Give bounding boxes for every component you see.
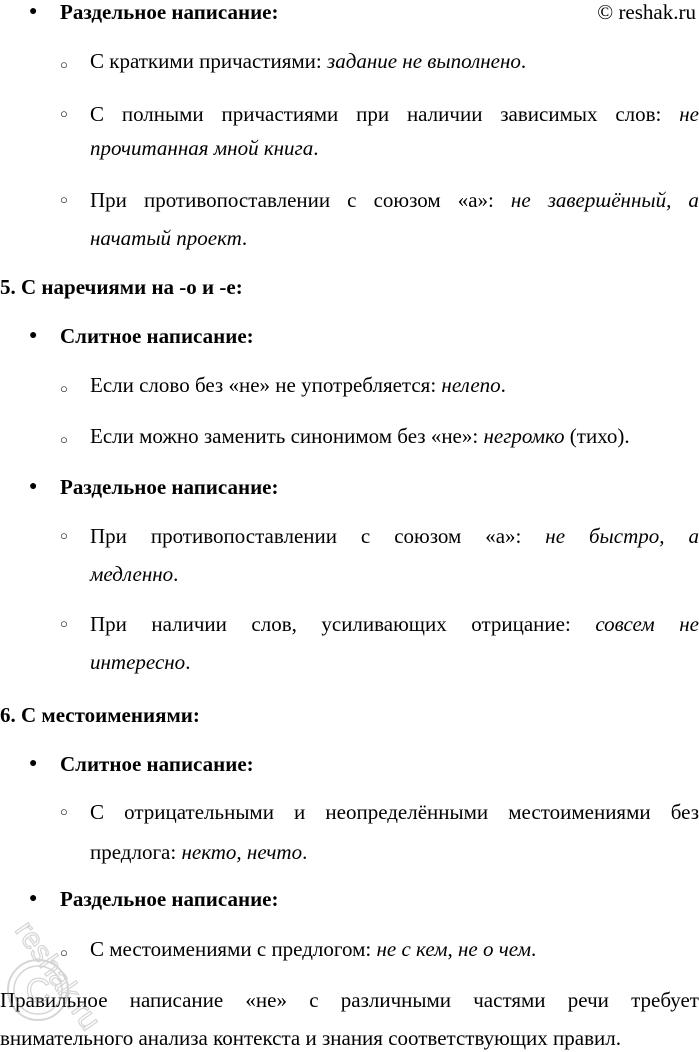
word: зависимых <box>500 102 597 126</box>
word: причастиями <box>222 102 339 126</box>
sec5-joined-heading: Слитное написание: <box>60 324 254 348</box>
list-item: Приналичиислов,усиливающихотрицание:совс… <box>90 612 699 636</box>
word: союзом <box>394 524 461 548</box>
word: С <box>90 102 104 126</box>
circle-bullet-icon: ○ <box>60 192 68 208</box>
circle-bullet-icon: ○ <box>60 616 68 632</box>
word: Правильное <box>0 988 108 1012</box>
item-end: . <box>302 840 307 864</box>
word: различными <box>341 988 451 1012</box>
item-end: . <box>531 937 536 961</box>
circle-bullet-icon: ○ <box>60 428 68 452</box>
example-word: не <box>511 188 531 212</box>
example: прочитанная мной книга <box>90 136 313 160</box>
list-item-cont: прочитанная мной книга. <box>90 136 699 160</box>
item-end: . <box>501 373 506 397</box>
sec6-title: 6. С местоимениями: <box>0 703 699 727</box>
word: неопределёнными <box>325 800 488 824</box>
word: наличии <box>151 612 227 636</box>
example-word: совсем <box>595 612 654 636</box>
bullet-icon: ● <box>29 752 37 776</box>
example: не с кем <box>376 937 447 961</box>
word: частями <box>473 988 545 1012</box>
list-item: Припротивопоставленииссоюзом«а»:незаверш… <box>90 188 699 212</box>
word: с <box>347 188 356 212</box>
bullet-icon: ● <box>29 887 37 911</box>
word: «а»: <box>458 188 494 212</box>
bullet-icon: ● <box>29 324 37 348</box>
word: с <box>309 988 318 1012</box>
word: речи <box>568 988 609 1012</box>
example-word: а <box>688 188 699 212</box>
word: При <box>90 524 127 548</box>
item-text: предлога: <box>90 840 181 864</box>
example-word: не <box>679 612 699 636</box>
item-end: . <box>313 136 318 160</box>
example: медленно <box>90 562 173 586</box>
word: усиливающих <box>321 612 446 636</box>
circle-bullet-icon: ○ <box>60 53 68 77</box>
word: противопоставлении <box>151 524 337 548</box>
item-text: С местоимениями с предлогом: <box>90 937 376 961</box>
word: при <box>356 102 389 126</box>
word: и <box>294 800 305 824</box>
item-end: . <box>173 562 178 586</box>
word: местоимениями <box>508 800 650 824</box>
list-item: Сполнымипричастиямиприналичиизависимыхсл… <box>90 102 699 126</box>
conclusion-line-1: Правильноенаписание«не»сразличнымичастям… <box>0 988 699 1012</box>
item-end: (тихо). <box>565 424 630 448</box>
watermark-logo-icon: C reshak.ru <box>4 890 124 1040</box>
word: требует <box>631 988 699 1012</box>
item-text: Если можно заменить синонимом без «не»: <box>90 424 483 448</box>
bullet-icon: ● <box>29 475 37 499</box>
item-end: . <box>521 49 526 73</box>
circle-bullet-icon: ○ <box>60 377 68 401</box>
list-item-cont: предлога: некто, нечто. <box>90 840 699 864</box>
sec4-separate-heading: Раздельное написание: <box>60 0 279 24</box>
item-end: . <box>242 226 247 250</box>
word: При <box>90 188 127 212</box>
list-item-cont: начатый проект. <box>90 226 699 250</box>
circle-bullet-icon: ○ <box>60 106 68 122</box>
word: союзом <box>374 188 441 212</box>
list-item: Сотрицательнымиинеопределённымиместоимен… <box>90 800 699 824</box>
sec6-joined-heading: Слитное написание: <box>60 752 254 776</box>
word: отрицание: <box>471 612 571 636</box>
example-word: не <box>679 102 699 126</box>
word: слов, <box>251 612 296 636</box>
example-word: быстро, <box>589 524 665 548</box>
conclusion-line-2: внимательного анализа контекста и знания… <box>0 1026 699 1050</box>
word: С <box>90 800 104 824</box>
example-word: завершённый, <box>548 188 672 212</box>
watermark-text: © reshak.ru <box>597 0 696 24</box>
word: написание <box>130 988 223 1012</box>
example-word: не <box>545 524 565 548</box>
watermark-diagonal: reshak.ru <box>8 915 107 1036</box>
bullet-icon: ● <box>29 0 37 24</box>
word: наличии <box>407 102 483 126</box>
separator: , <box>448 937 459 961</box>
word: При <box>90 612 127 636</box>
word: «а»: <box>485 524 521 548</box>
word: «не» <box>245 988 287 1012</box>
example: нелепо <box>441 373 500 397</box>
circle-bullet-icon: ○ <box>60 804 68 820</box>
circle-bullet-icon: ○ <box>60 941 68 965</box>
circle-bullet-icon: ○ <box>60 528 68 544</box>
item-text: Если слово без «не» не употребляется: <box>90 373 441 397</box>
word: без <box>671 800 699 824</box>
list-item-cont: медленно. <box>90 562 699 586</box>
word: слов: <box>615 102 661 126</box>
sec5-title: 5. С наречиями на -о и -е: <box>0 275 699 299</box>
word: отрицательными <box>124 800 274 824</box>
item-end: . <box>185 650 190 674</box>
sec5-separate-heading: Раздельное написание: <box>60 475 279 499</box>
word: полными <box>122 102 204 126</box>
list-item-cont: интересно. <box>90 650 699 674</box>
word: противопоставлении <box>144 188 330 212</box>
example: начатый проект <box>90 226 242 250</box>
list-item: Припротивопоставленииссоюзом«а»:небыстро… <box>90 524 699 548</box>
example: некто, нечто <box>181 840 302 864</box>
example: интересно <box>90 650 185 674</box>
sec6-separate-heading: Раздельное написание: <box>60 887 279 911</box>
example: негромко <box>483 424 564 448</box>
example: не о чем <box>458 937 531 961</box>
word: с <box>361 524 370 548</box>
item-text: С краткими причастиями: <box>90 49 327 73</box>
example-word: а <box>688 524 699 548</box>
example: задание не выполнено <box>327 49 521 73</box>
